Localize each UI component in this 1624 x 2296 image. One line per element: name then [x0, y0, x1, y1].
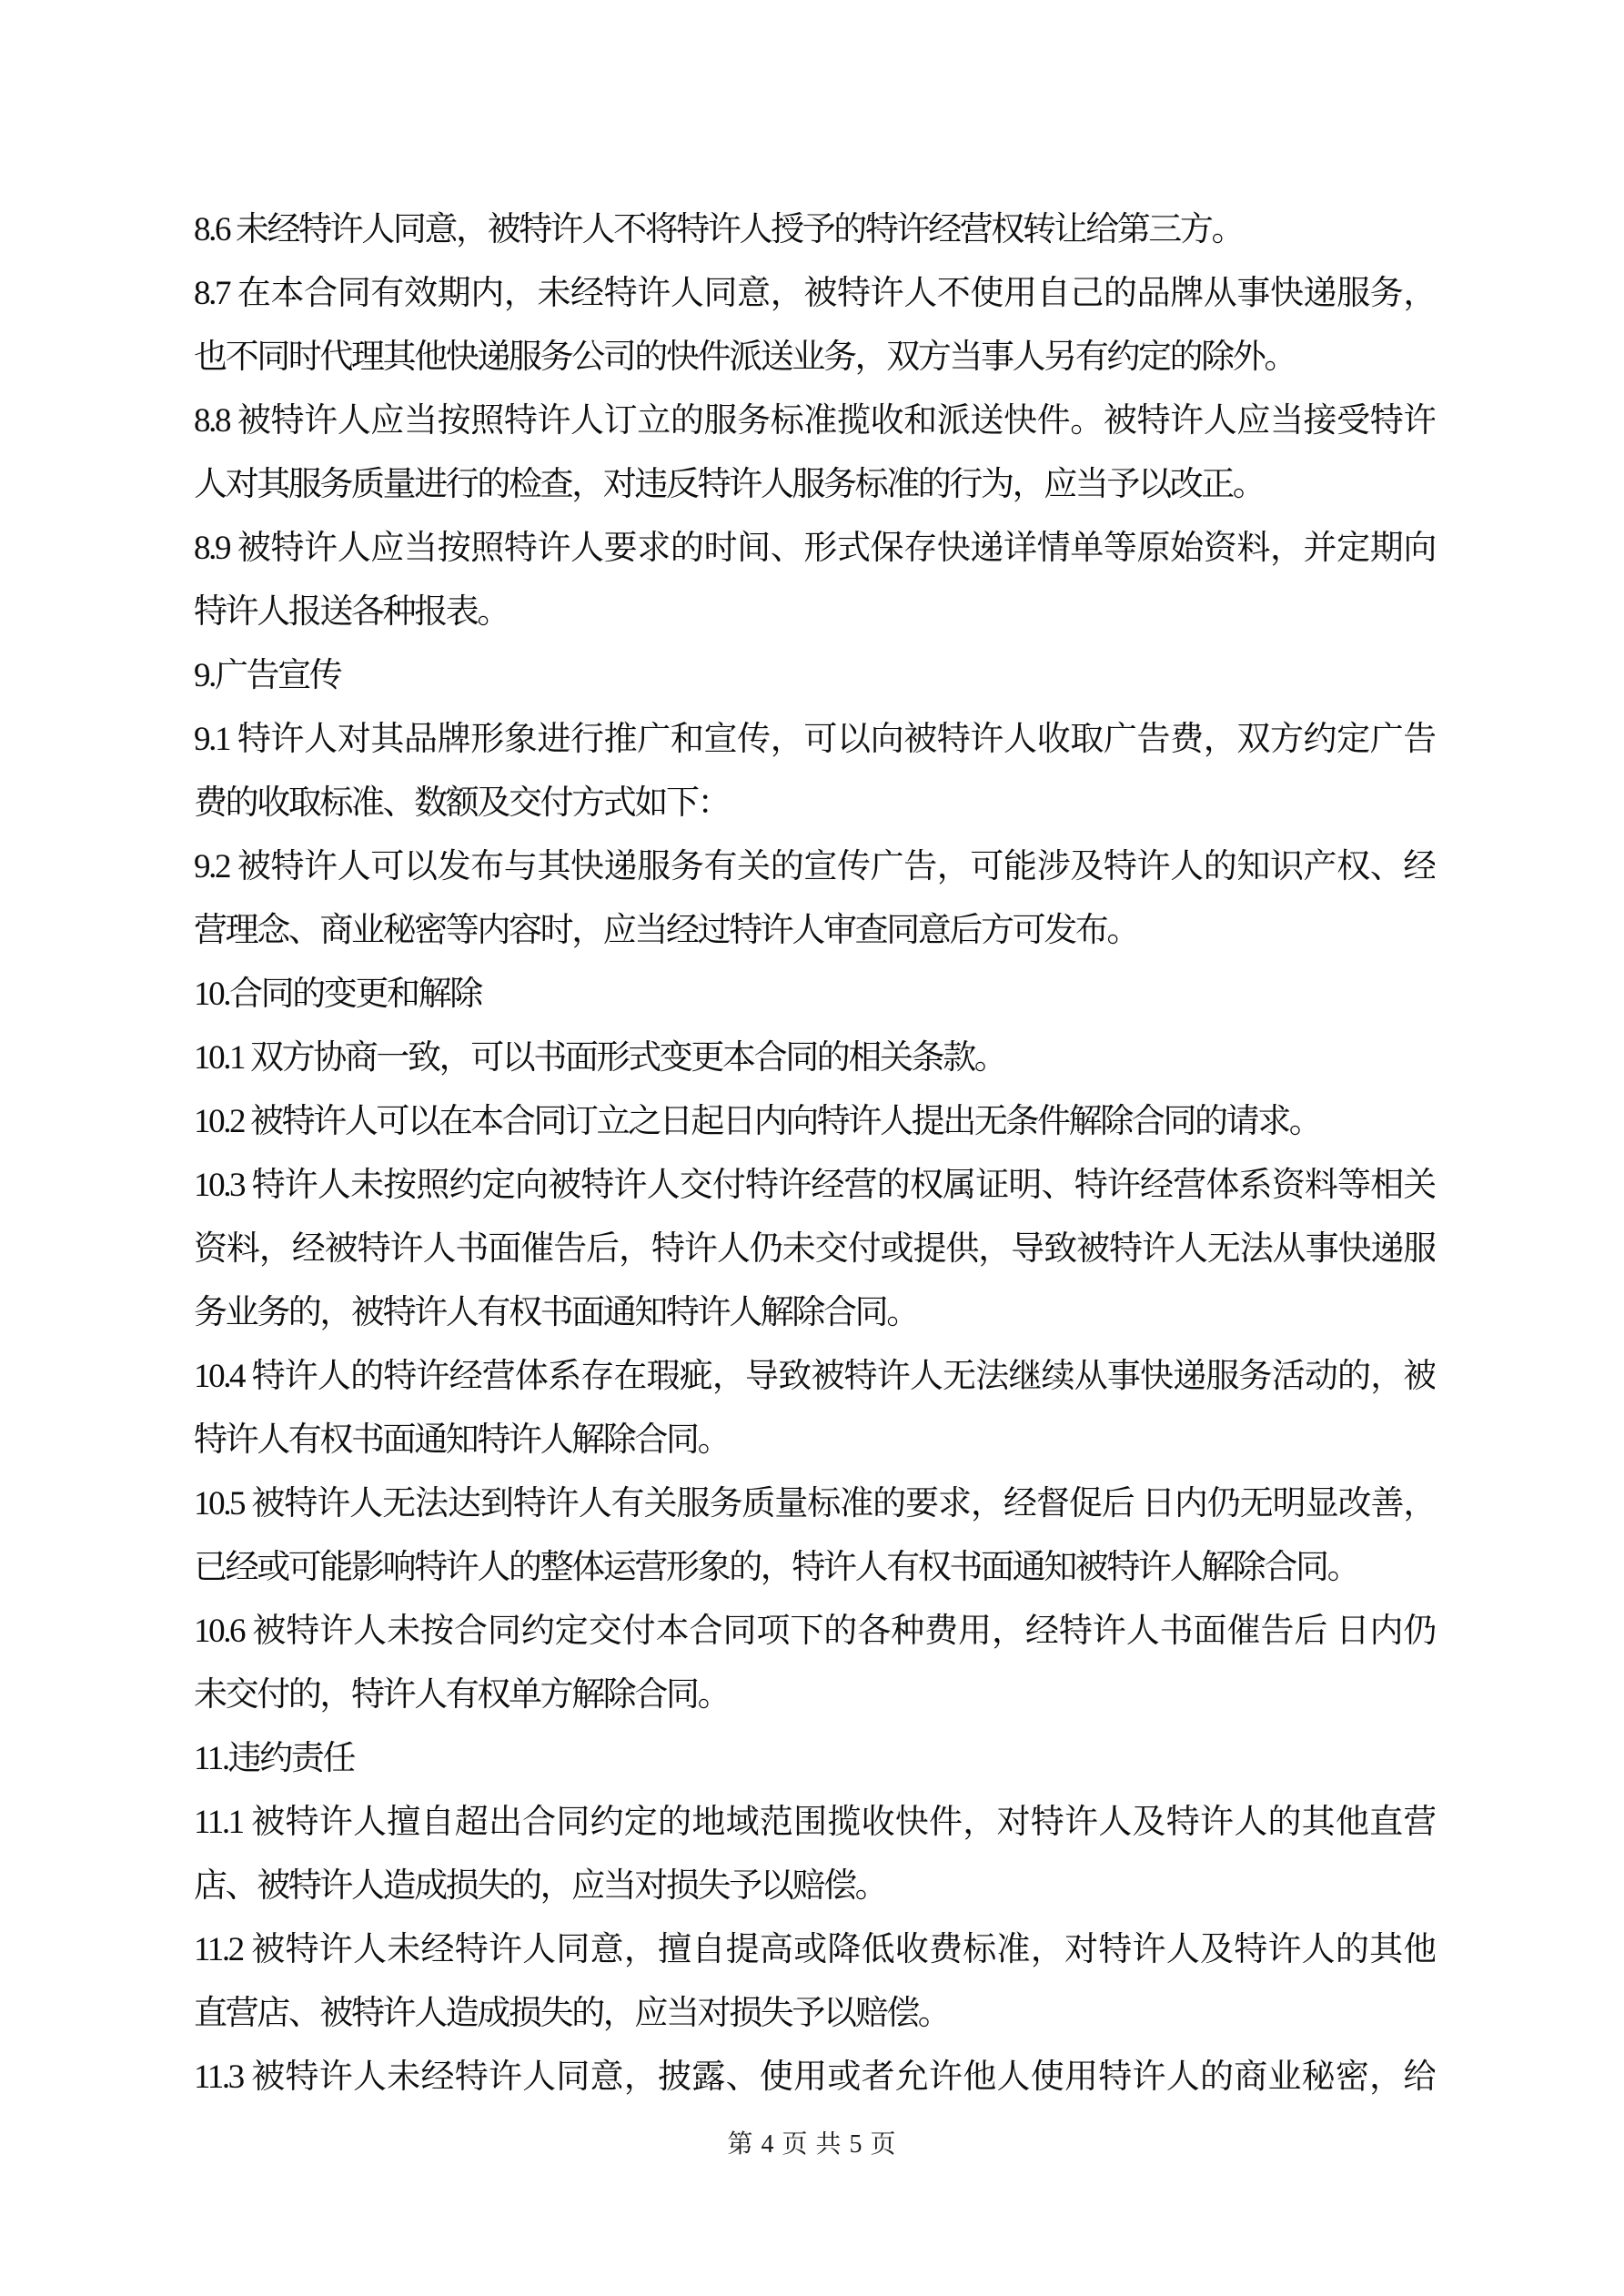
contract-line: 11.1 被特许人擅自超出合同约定的地域范围揽收快件，对特许人及特许人的其他直营 [194, 1791, 1435, 1855]
contract-line: 10.3 特许人未按照约定向被特许人交付特许经营的权属证明、特许经营体系资料等相… [194, 1154, 1435, 1218]
contract-line: 特许人报送各种报表。 [194, 581, 1435, 644]
contract-line: 特许人有权书面通知特许人解除合同。 [194, 1409, 1435, 1472]
contract-line: 9.1 特许人对其品牌形象进行推广和宣传，可以向被特许人收取广告费，双方约定广告 [194, 708, 1435, 772]
contract-line: 人对其服务质量进行的检查，对违反特许人服务标准的行为，应当予以改正。 [194, 453, 1435, 517]
contract-line: 10.5 被特许人无法达到特许人有关服务质量标准的要求，经督促后 日内仍无明显改… [194, 1472, 1435, 1536]
contract-line: 已经或可能影响特许人的整体运营形象的，特许人有权书面通知被特许人解除合同。 [194, 1536, 1435, 1600]
contract-line: 直营店、被特许人造成损失的，应当对损失予以赔偿。 [194, 1982, 1435, 2046]
contract-line: 9.2 被特许人可以发布与其快递服务有关的宣传广告，可能涉及特许人的知识产权、经 [194, 835, 1435, 899]
contract-line: 8.9 被特许人应当按照特许人要求的时间、形式保存快递详情单等原始资料，并定期向 [194, 517, 1435, 581]
contract-line: 营理念、商业秘密等内容时，应当经过特许人审查同意后方可发布。 [194, 899, 1435, 963]
contract-line: 10.6 被特许人未按合同约定交付本合同项下的各种费用，经特许人书面催告后 日内… [194, 1600, 1435, 1664]
contract-line: 也不同时代理其他快递服务公司的快件派送业务，双方当事人另有约定的除外。 [194, 326, 1435, 389]
contract-line: 11.3 被特许人未经特许人同意，披露、使用或者允许他人使用特许人的商业秘密，给 [194, 2046, 1435, 2109]
contract-line: 未交付的，特许人有权单方解除合同。 [194, 1664, 1435, 1727]
contract-line: 10.合同的变更和解除 [194, 963, 1435, 1027]
contract-line: 10.2 被特许人可以在本合同订立之日起日内向特许人提出无条件解除合同的请求。 [194, 1090, 1435, 1154]
contract-line: 9.广告宣传 [194, 644, 1435, 708]
contract-body: 8.6 未经特许人同意，被特许人不将特许人授予的特许经营权转让给第三方。8.7 … [194, 198, 1435, 2109]
contract-line: 务业务的，被特许人有权书面通知特许人解除合同。 [194, 1281, 1435, 1345]
contract-line: 8.8 被特许人应当按照特许人订立的服务标准揽收和派送快件。被特许人应当接受特许 [194, 389, 1435, 453]
contract-line: 费的收取标准、数额及交付方式如下： [194, 772, 1435, 835]
contract-line: 10.4 特许人的特许经营体系存在瑕疵，导致被特许人无法继续从事快递服务活动的，… [194, 1345, 1435, 1409]
contract-line: 店、被特许人造成损失的，应当对损失予以赔偿。 [194, 1855, 1435, 1918]
contract-line: 8.6 未经特许人同意，被特许人不将特许人授予的特许经营权转让给第三方。 [194, 198, 1435, 262]
contract-line: 11.2 被特许人未经特许人同意，擅自提高或降低收费标准，对特许人及特许人的其他 [194, 1918, 1435, 1982]
document-page: 8.6 未经特许人同意，被特许人不将特许人授予的特许经营权转让给第三方。8.7 … [0, 0, 1624, 2296]
contract-line: 11.违约责任 [194, 1727, 1435, 1791]
contract-line: 资料，经被特许人书面催告后，特许人仍未交付或提供，导致被特许人无法从事快递服 [194, 1218, 1435, 1281]
contract-line: 10.1 双方协商一致，可以书面形式变更本合同的相关条款。 [194, 1027, 1435, 1090]
contract-line: 8.7 在本合同有效期内，未经特许人同意，被特许人不使用自己的品牌从事快递服务， [194, 262, 1435, 326]
page-footer: 第 4 页 共 5 页 [0, 2124, 1624, 2160]
